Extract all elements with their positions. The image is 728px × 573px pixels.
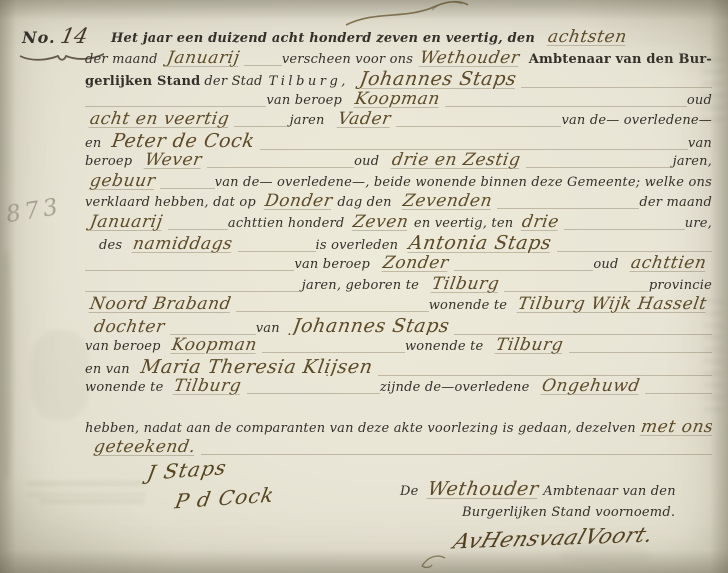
ruled-blank: [454, 322, 712, 335]
ruled-blank: [569, 340, 712, 353]
printed-form-text: van: [688, 136, 712, 151]
ruled-blank: [234, 114, 289, 127]
document-line: van beroepKoopmanoud: [85, 89, 712, 110]
document-line: wonende teTilburgzijnde de—overledeneOng…: [85, 376, 712, 397]
printed-form-text: en: [85, 136, 101, 151]
document-line: hebben, nadat aan de comparanten van dez…: [85, 417, 712, 438]
official-closing: De Wethouder Ambtenaar van den Burgerlij…: [400, 478, 712, 551]
ruled-blank: [160, 176, 214, 189]
ruled-blank: [85, 94, 266, 107]
handwritten-entry: Koopman: [348, 89, 446, 109]
bleed-through-mark: [40, 500, 144, 512]
witness-signature: P d Cock: [173, 483, 276, 514]
document-line: acht en veertigjarenVadervan de— overled…: [85, 109, 712, 130]
printed-form-text: wonende te: [429, 298, 507, 313]
printed-form-text: verklaard hebben, dat op: [85, 195, 256, 210]
printed-form-text: verscheen voor ons: [282, 52, 413, 67]
printed-form-text: van beroep: [266, 93, 342, 108]
document-number: No. 14: [22, 24, 87, 48]
document-line: en vanMaria Theresia Klijsen: [85, 356, 712, 377]
pen-flourish-icon: [336, 0, 476, 28]
printed-form-text: oud: [354, 154, 379, 169]
ruled-blank: [247, 381, 380, 394]
handwritten-entry: Tilburg: [490, 335, 570, 355]
document-line: van beroepKoopmanwonende teTilburg: [85, 335, 712, 356]
printed-form-text: en veertig, ten: [414, 216, 513, 231]
handwritten-entry: Wever: [139, 150, 209, 170]
document-line: enPeter de Cockvan: [85, 130, 712, 151]
closing-prefix: De: [400, 484, 419, 499]
handwritten-entry: Ongehuwd: [536, 376, 647, 396]
printed-form-text: van beroep: [85, 339, 161, 354]
printed-form-text: wonende te: [405, 339, 483, 354]
ruled-blank: [557, 239, 712, 252]
bleed-through-mark: [30, 330, 90, 420]
document-line: Januarijachttien honderdZevenen veertig,…: [85, 212, 712, 233]
handwritten-entry: Tilburg: [425, 274, 505, 294]
printed-form-text: des: [99, 238, 122, 253]
handwritten-entry: Koopman: [165, 335, 263, 355]
death-certificate-scan: No. 14 873 Het jaar een duizend acht hon…: [0, 0, 728, 573]
document-line: beroepWeverouddrie en Zestigjaren,: [85, 150, 712, 171]
printed-form-text: achttien honderd: [228, 216, 345, 231]
printed-form-text: oud: [687, 93, 712, 108]
handwritten-entry: Zevenden: [396, 191, 498, 211]
pen-curl-icon: [418, 546, 448, 570]
office-handwritten: Wethouder: [421, 478, 545, 500]
handwritten-entry: achtsten: [541, 27, 633, 47]
printed-form-text: van: [256, 321, 280, 336]
document-line: Het jaar een duizend acht honderd zeven …: [85, 27, 712, 48]
handwritten-entry: gebuur: [85, 171, 162, 191]
ruled-blank: [497, 196, 639, 209]
handwritten-entry: Maria Theresia Klijsen: [134, 356, 379, 377]
printed-form-text: en van: [85, 362, 130, 377]
ruled-blank: [262, 340, 405, 353]
printed-form-text: Het jaar een duizend acht honderd zeven …: [111, 31, 535, 46]
handwritten-entry: Tilburg: [168, 376, 248, 396]
ruled-blank: [170, 322, 256, 335]
handwritten-entry: dochter: [87, 317, 171, 336]
bleed-through-mark: [28, 482, 146, 496]
handwritten-entry: Donder: [258, 191, 339, 211]
handwritten-entry: Johannes Staps: [353, 68, 523, 89]
pencil-margin-note: 873: [4, 194, 63, 228]
document-line: Noord Brabandwonende teTilburg Wijk Hass…: [85, 294, 712, 315]
handwritten-entry: Zeven: [347, 212, 416, 232]
printed-form-text: oud: [593, 257, 618, 272]
document-line: der maandJanuarijverscheen voor onsWetho…: [85, 48, 712, 69]
handwritten-entry: Johannes Staps: [286, 315, 456, 336]
handwritten-entry: Noord Braband: [85, 294, 238, 314]
printed-form-text: ure,: [685, 216, 712, 231]
handwritten-entry: Tilburg Wijk Hasselt: [512, 294, 712, 314]
ruled-blank: [454, 258, 594, 271]
handwritten-entry: Peter de Cock: [106, 130, 262, 151]
handwritten-entry: geteekend.: [87, 437, 202, 457]
handwritten-entry: met ons: [634, 417, 712, 437]
ruled-blank: [85, 279, 302, 292]
handwritten-entry: Antonia Staps: [402, 232, 558, 253]
handwritten-entry: acht en veertig: [85, 109, 236, 129]
handwritten-entry: Wethouder: [414, 48, 527, 68]
closing-suffix: Ambtenaar van den: [543, 484, 676, 499]
ruled-blank: [85, 258, 294, 271]
document-line: desnamiddagsis overledenAntonia Staps: [85, 232, 712, 253]
printed-form-text: beroep: [85, 154, 132, 169]
bleed-through-mark: [0, 250, 12, 480]
document-line: verklaard hebben, dat opDonderdag denZev…: [85, 191, 712, 212]
document-line: dochtervanJohannes Staps: [85, 315, 712, 336]
ruled-blank: [396, 114, 562, 127]
printed-form-text: jaren: [290, 113, 325, 128]
ruled-blank: [526, 155, 673, 168]
handwritten-entry: Januarij: [160, 48, 246, 68]
witness-signatures: J Staps P d Cock: [148, 458, 274, 510]
printed-form-text: Ambtenaar van den Bur-: [529, 52, 712, 67]
handwritten-entry: achttien: [625, 253, 712, 273]
ruled-blank: [445, 94, 687, 107]
handwritten-entry: Vader: [331, 109, 397, 129]
printed-form-text: van de— overledene—: [561, 113, 712, 128]
ruled-blank: [207, 155, 354, 168]
ruled-blank: [238, 239, 316, 252]
document-line: gerlijken Standder StadTilburg,Johannes …: [85, 68, 712, 89]
printed-form-text: hebben, nadat aan de comparanten van dez…: [85, 421, 636, 436]
witness-signature: J Staps: [145, 455, 229, 484]
printed-form-text: der maand: [85, 52, 158, 67]
printed-form-text: der maand: [639, 195, 712, 210]
printed-form-text: der Stad: [204, 74, 262, 89]
printed-form-text: van beroep: [294, 257, 370, 272]
ruled-blank: [236, 299, 429, 312]
printed-form-text: zijnde de—overledene: [380, 380, 530, 395]
ruled-blank: [645, 381, 712, 394]
printed-form-text: jaren, geboren te: [302, 278, 419, 293]
printed-form-text: is overleden: [316, 238, 399, 253]
printed-form-text: jaren,: [673, 154, 712, 169]
printed-form-text: wonende te: [85, 380, 163, 395]
ruled-blank: [201, 442, 713, 455]
document-lines: Het jaar een duizend acht honderd zeven …: [85, 27, 712, 458]
ruled-blank: [504, 279, 649, 292]
ruled-blank: [378, 363, 712, 376]
handwritten-entry: Januarij: [85, 212, 169, 232]
document-line: geteekend.: [85, 437, 712, 458]
ruled-blank: [564, 217, 685, 230]
ruled-blank: [168, 217, 228, 230]
handwritten-entry: drie en Zestig: [386, 150, 528, 170]
document-line: jaren, geboren teTilburgprovincie: [85, 274, 712, 295]
document-line: van beroepZonderoudachttien: [85, 253, 712, 274]
document-number-label: No.: [22, 28, 56, 47]
ruled-blank: [521, 75, 712, 88]
printed-form-text: gerlijken Stand: [85, 74, 200, 89]
ruled-blank: [260, 137, 688, 150]
document-line: gebuurvan de— overledene—, beide wonende…: [85, 171, 712, 192]
printed-form-text: Tilburg,: [269, 74, 349, 89]
closing-line2: Burgerlijken Stand voornoemd.: [462, 505, 675, 520]
handwritten-entry: namiddags: [127, 234, 240, 253]
handwritten-entry: Zonder: [376, 253, 455, 273]
printed-form-text: dag den: [337, 195, 391, 210]
ruled-blank: [244, 53, 282, 66]
printed-form-text: van de— overledene—, beide wonende binne…: [215, 175, 712, 190]
printed-form-text: provincie: [649, 278, 712, 293]
handwritten-entry: drie: [516, 212, 566, 232]
